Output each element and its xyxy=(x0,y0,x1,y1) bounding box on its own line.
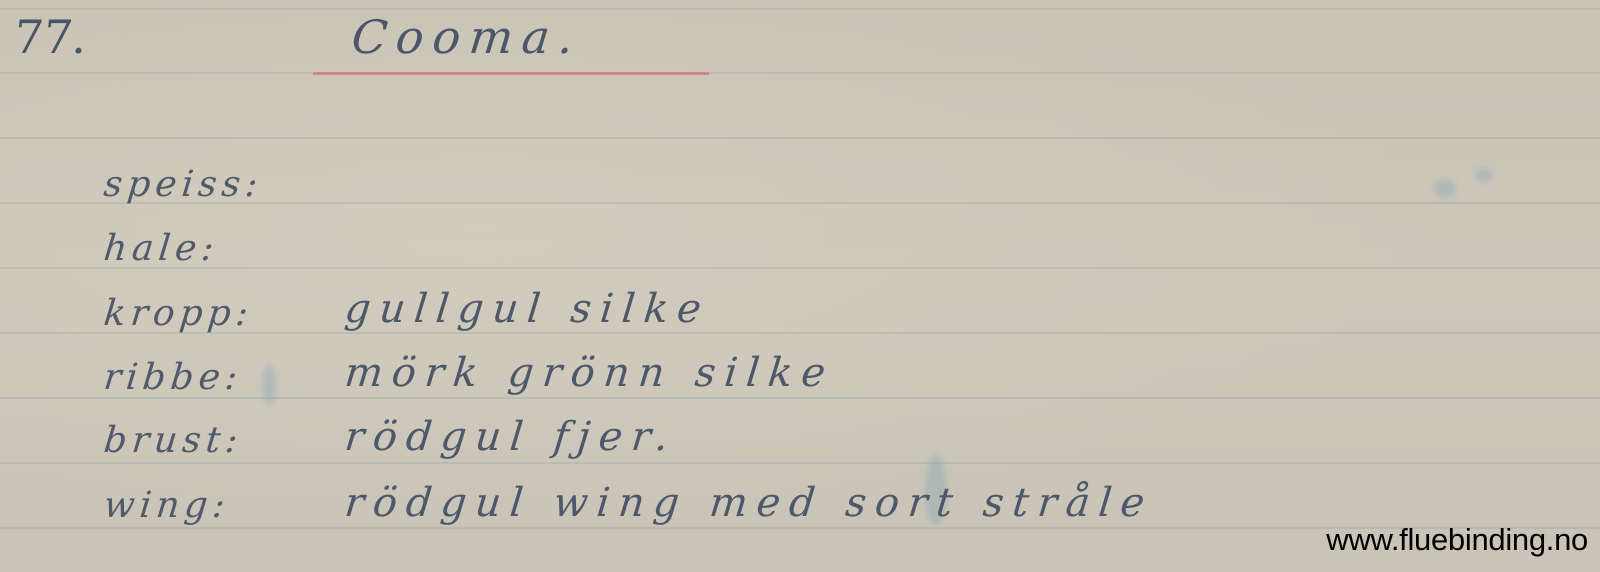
field-label-kropp: kropp: xyxy=(102,293,255,334)
field-label-hale: hale: xyxy=(102,228,221,269)
field-value-wing: rödgul wing med sort stråle xyxy=(343,480,1156,526)
ruled-line xyxy=(0,72,1600,74)
field-value-brust: rödgul fjer. xyxy=(343,414,680,460)
ruled-line xyxy=(0,8,1600,10)
ink-stain xyxy=(1434,180,1456,198)
ruled-line xyxy=(0,462,1600,464)
field-value-kropp: gullgul silke xyxy=(343,286,713,332)
field-label-speiss: speiss: xyxy=(102,164,265,205)
fly-title: Cooma. xyxy=(349,10,585,64)
title-underline xyxy=(313,72,709,75)
field-label-brust: brust: xyxy=(102,420,245,461)
field-label-wing: wing: xyxy=(102,485,232,526)
notebook-page: 77. Cooma. speiss: hale: kropp: gullgul … xyxy=(0,0,1600,572)
entry-number: 77. xyxy=(11,10,90,64)
ink-stain xyxy=(262,365,276,405)
watermark-link[interactable]: www.fluebinding.no xyxy=(1326,522,1588,558)
field-value-ribbe: mörk grönn silke xyxy=(343,350,837,396)
ruled-line xyxy=(0,267,1600,269)
ink-stain xyxy=(1475,168,1493,182)
ruled-line xyxy=(0,137,1600,139)
field-label-ribbe: ribbe: xyxy=(102,357,245,398)
